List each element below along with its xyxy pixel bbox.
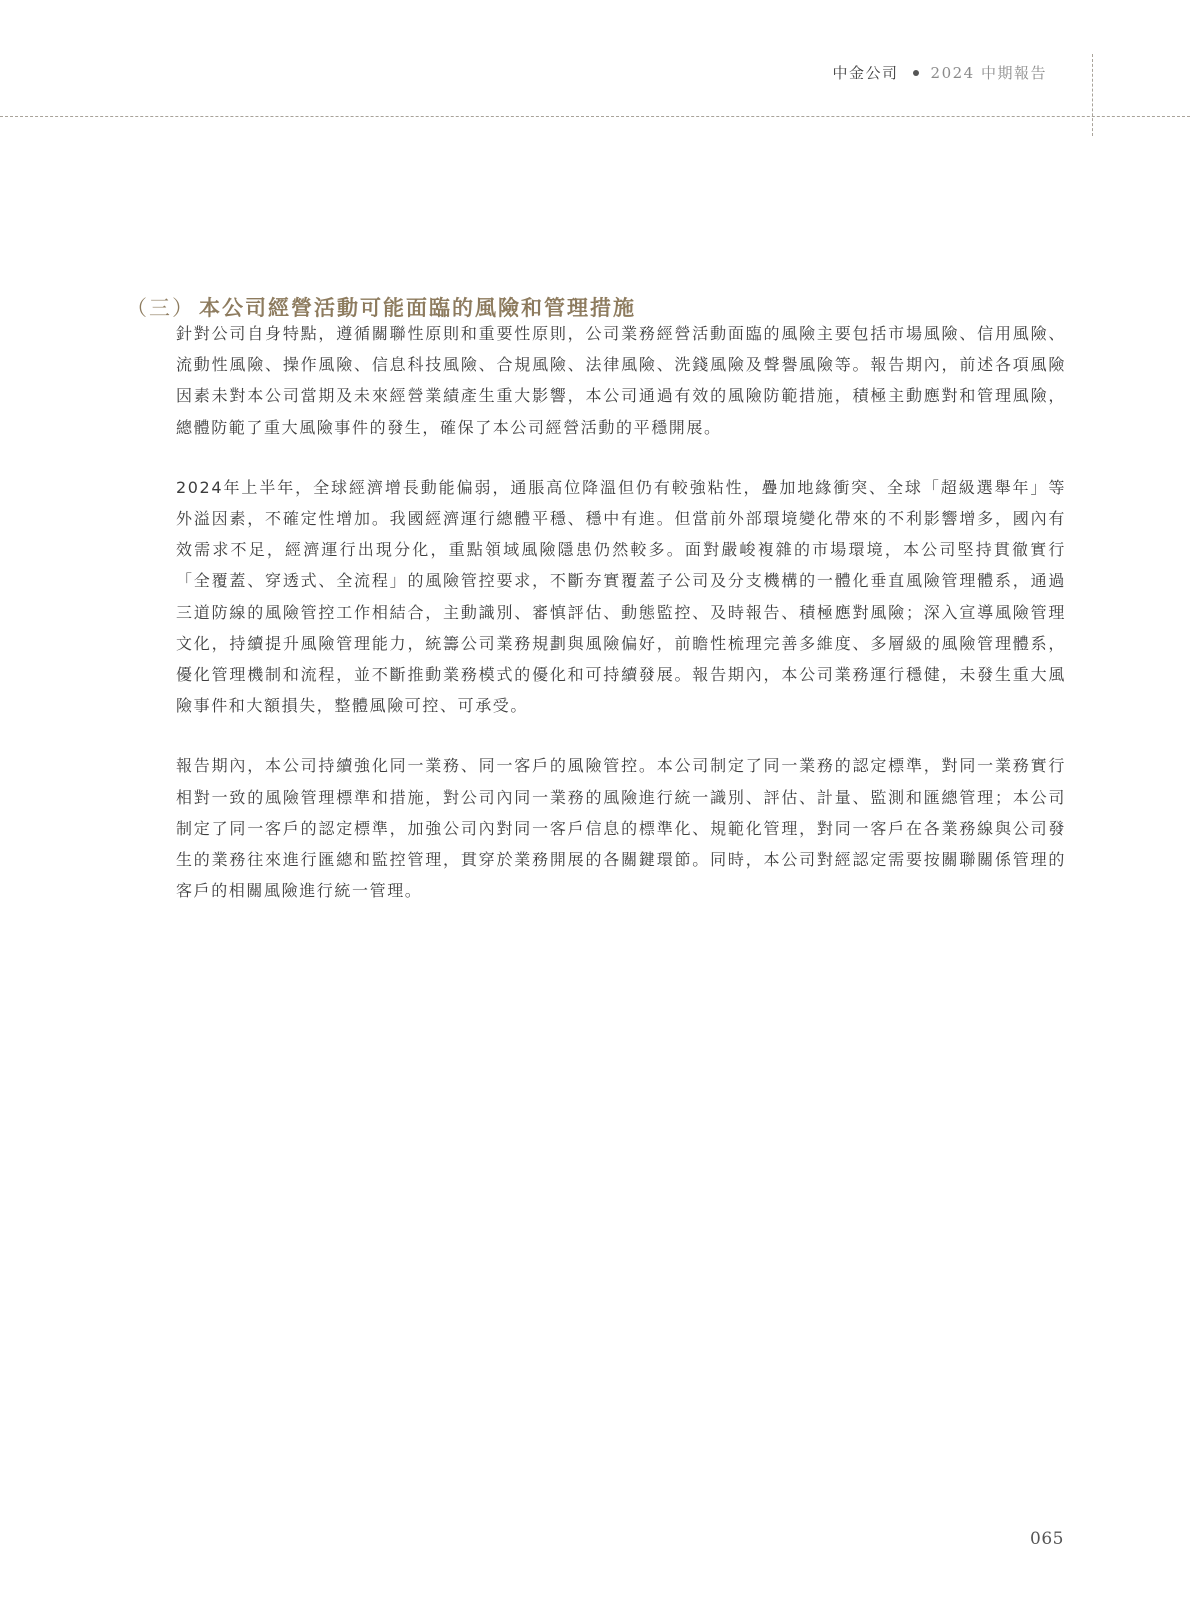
paragraph-risk-overview: 針對公司自身特點，遵循關聯性原則和重要性原則，公司業務經營活動面臨的風險主要包括… (176, 318, 1066, 443)
paragraph-macro-environment: 2024年上半年，全球經濟增長動能偏弱，通脹高位降溫但仍有較強粘性，疊加地緣衝突… (176, 472, 1066, 722)
section-body: 針對公司自身特點，遵循關聯性原則和重要性原則，公司業務經營活動面臨的風險主要包括… (176, 318, 1066, 935)
header-bullet-icon (913, 70, 919, 76)
section-number: （三） (126, 296, 195, 320)
paragraph-same-business-client: 報告期內，本公司持續強化同一業務、同一客戶的風險管控。本公司制定了同一業務的認定… (176, 750, 1066, 906)
running-header: 中金公司 2024 中期報告 (833, 62, 1047, 83)
header-report-title: 2024 中期報告 (931, 62, 1047, 83)
page-number: 065 (1030, 1529, 1064, 1549)
header-company-name: 中金公司 (833, 62, 899, 83)
section-title: 本公司經營活動可能面臨的風險和管理措施 (199, 296, 636, 320)
header-dashed-crosshair (1092, 54, 1093, 136)
header-dashed-rule (0, 116, 1190, 117)
